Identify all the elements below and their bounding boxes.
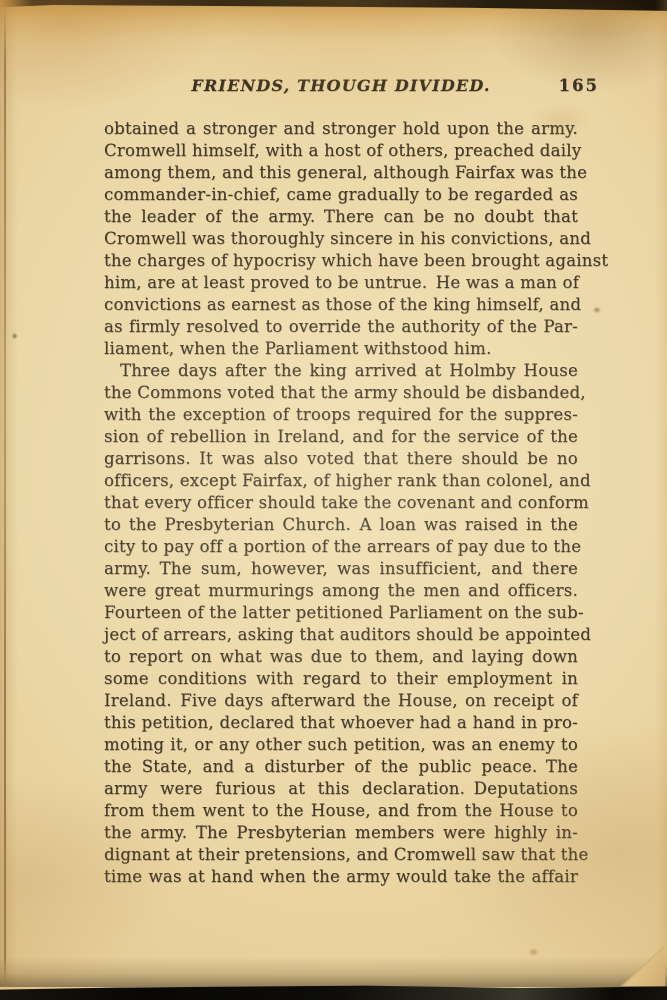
text-line: the State, and a disturber of the public… [104, 756, 578, 778]
text-line: army. The sum, however, was insufficient… [104, 558, 578, 580]
text-line: army were furious at this declaration. D… [104, 778, 578, 800]
page-bottom-scan-edge [0, 984, 667, 1000]
page-right-edge-tint [655, 0, 667, 986]
text-line: obtained a stronger and stronger hold up… [104, 118, 578, 140]
page-number: 165 [559, 76, 599, 95]
text-line: were great murmurings among the men and … [104, 580, 578, 602]
text-line: Fourteen of the latter petitioned Parlia… [104, 602, 578, 624]
text-line: Ireland. Five days afterward the House, … [104, 690, 578, 712]
text-line: the leader of the army. There can be no … [104, 206, 578, 228]
text-line: from them went to the House, and from th… [104, 800, 578, 822]
text-line: Cromwell himself, with a host of others,… [104, 140, 578, 162]
text-line: time was at hand when the army would tak… [104, 866, 578, 888]
text-line: that every officer should take the coven… [104, 492, 578, 514]
text-line: the charges of hypocrisy which have been… [104, 250, 578, 272]
body-text-block: obtained a stronger and stronger hold up… [104, 118, 578, 888]
text-line: to the Presbyterian Church. A loan was r… [104, 514, 578, 536]
text-line-paragraph-start: Three days after the king arrived at Hol… [104, 360, 578, 382]
text-line: this petition, declared that whoever had… [104, 712, 578, 734]
text-line: him, are at least proved to be untrue. H… [104, 272, 578, 294]
page-header: FRIENDS, THOUGH DIVIDED. 165 [104, 76, 578, 98]
text-line: city to pay off a portion of the arrears… [104, 536, 578, 558]
text-line: convictions as earnest as those of the k… [104, 294, 578, 316]
page-binding-crease [4, 2, 6, 985]
text-line: the Commons voted that the army should b… [104, 382, 578, 404]
text-line: Cromwell was thoroughly sincere in his c… [104, 228, 578, 250]
text-line: with the exception of troops required fo… [104, 404, 578, 426]
text-line: commander-in-chief, came gradually to be… [104, 184, 578, 206]
text-line: sion of rebellion in Ireland, and for th… [104, 426, 578, 448]
text-line: among them, and this general, although F… [104, 162, 578, 184]
running-title: FRIENDS, THOUGH DIVIDED. [104, 76, 578, 95]
text-line: liament, when the Parliament withstood h… [104, 338, 578, 360]
text-line: to report on what was due to them, and l… [104, 646, 578, 668]
text-line: the army. The Presbyterian members were … [104, 822, 578, 844]
book-page-scan: FRIENDS, THOUGH DIVIDED. 165 obtained a … [0, 0, 667, 1000]
text-line: garrisons. It was also voted that there … [104, 448, 578, 470]
page-top-scan-edge [0, 0, 667, 14]
text-line: officers, except Fairfax, of higher rank… [104, 470, 578, 492]
folded-corner [619, 944, 665, 986]
page-top-edge-tint [0, 0, 667, 56]
page-binding-shade [0, 0, 18, 986]
text-line: as firmly resolved to override the autho… [104, 316, 578, 338]
text-line: moting it, or any other such petition, w… [104, 734, 578, 756]
text-line: some conditions with regard to their emp… [104, 668, 578, 690]
text-line: dignant at their pretensions, and Cromwe… [104, 844, 578, 866]
page-bottom-shadow [0, 957, 667, 987]
text-line: ject of arrears, asking that auditors sh… [104, 624, 578, 646]
